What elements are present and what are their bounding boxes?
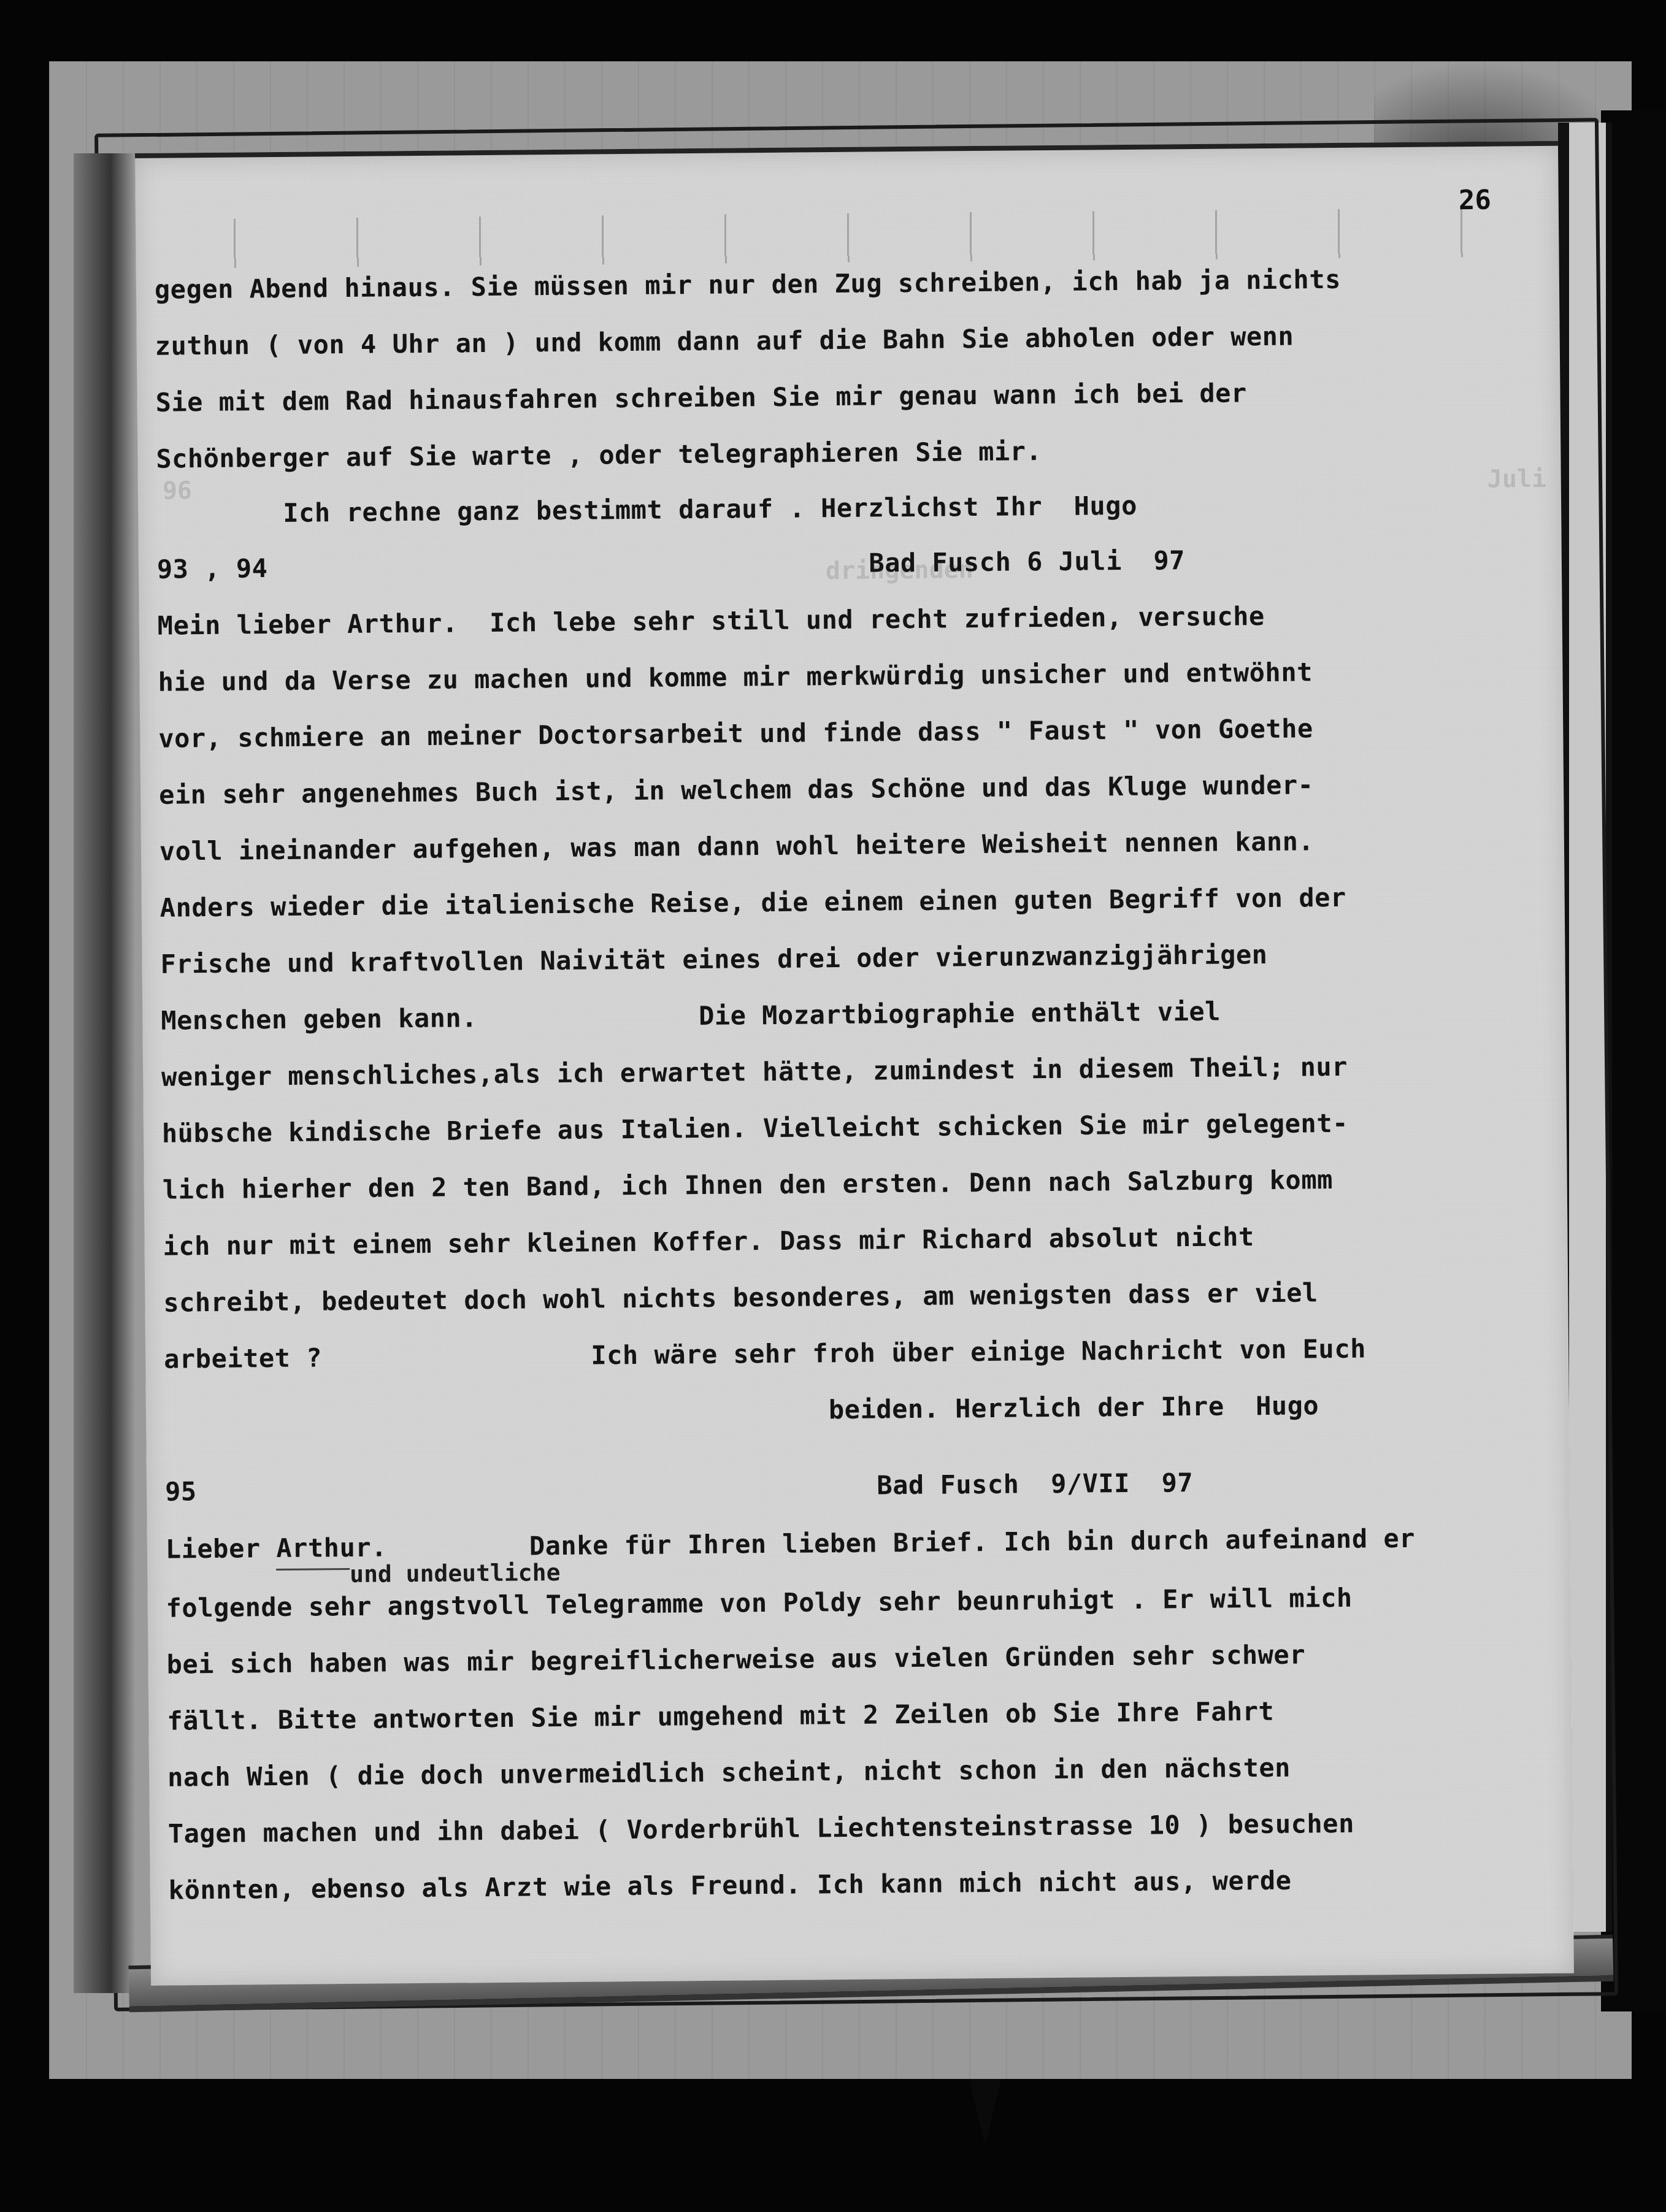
typed-letter-page: 26 dringenden 96 Juli gegen Abend hinaus… <box>135 141 1574 1986</box>
page-number: 26 <box>1459 185 1491 216</box>
letter-heading: 93 , 94 Bad Fusch 6 Juli 97 <box>157 545 1185 584</box>
text-line: könnten, ebenso als Arzt wie als Freund.… <box>169 1866 1292 1905</box>
margin-tick-marks <box>160 207 1510 268</box>
insertion-mark <box>276 1568 350 1571</box>
text-line: Tagen machen und ihn dabei ( Vorderbrühl… <box>168 1808 1354 1849</box>
interlinear-insertion: und undeutliche <box>350 1559 561 1588</box>
text-line: Schönberger auf Sie warte , oder telegra… <box>156 436 1042 474</box>
text-line: bei sich haben was mir begreiflicherweis… <box>166 1639 1305 1679</box>
text-line: voll ineinander aufgehen, was man dann w… <box>159 826 1315 866</box>
letter-heading: 95 Bad Fusch 9/VII 97 <box>165 1468 1193 1507</box>
text-line: schreibt, bedeutet doch wohl nichts beso… <box>163 1277 1318 1317</box>
text-line: ich nur mit einem sehr kleinen Koffer. D… <box>163 1222 1254 1261</box>
text-line: ein sehr angenehmes Buch ist, in welchem… <box>159 770 1314 809</box>
text-line: vor, schmiere an meiner Doctorsarbeit un… <box>158 713 1313 753</box>
text-line: gegen Abend hinaus. Sie müssen mir nur d… <box>155 264 1341 305</box>
text-line: Frische und kraftvollen Naivität eines d… <box>160 940 1267 979</box>
text-line: lich hierher den 2 ten Band, ich Ihnen d… <box>163 1165 1334 1205</box>
closing-line: Ich rechne ganz bestimmt darauf . Herzli… <box>156 491 1137 529</box>
text-line: Anders wieder die italienische Reise, di… <box>160 882 1346 923</box>
paper-tear <box>969 2079 1001 2146</box>
salutation-line: Lieber Arthur. Danke für Ihren lieben Br… <box>166 1523 1415 1564</box>
salutation-line: Mein lieber Arthur. Ich lebe sehr still … <box>158 601 1265 641</box>
text-line: arbeitet ? Ich wäre sehr froh über einig… <box>164 1334 1366 1374</box>
text-line: fällt. Bitte antworten Sie mir umgehend … <box>167 1696 1274 1736</box>
text-line: weniger menschliches,als ich erwartet hä… <box>161 1052 1348 1092</box>
page-left-shadow <box>74 153 135 1993</box>
text-line: Menschen geben kann. Die Mozartbiographi… <box>161 997 1221 1036</box>
text-line: hie und da Verse zu machen und komme mir… <box>158 657 1313 697</box>
bleed-through-text: Juli <box>1487 465 1547 494</box>
closing-line: beiden. Herzlich der Ihre Hugo <box>164 1390 1319 1430</box>
text-line: Sie mit dem Rad hinausfahren schreiben S… <box>155 378 1247 418</box>
text-line: nach Wien ( die doch unvermeidlich schei… <box>167 1753 1291 1793</box>
text-line: folgende sehr angstvoll Telegramme von P… <box>166 1583 1352 1623</box>
text-line: hübsche kindische Briefe aus Italien. Vi… <box>162 1108 1348 1149</box>
text-line: zuthun ( von 4 Uhr an ) und komm dann au… <box>155 321 1294 361</box>
